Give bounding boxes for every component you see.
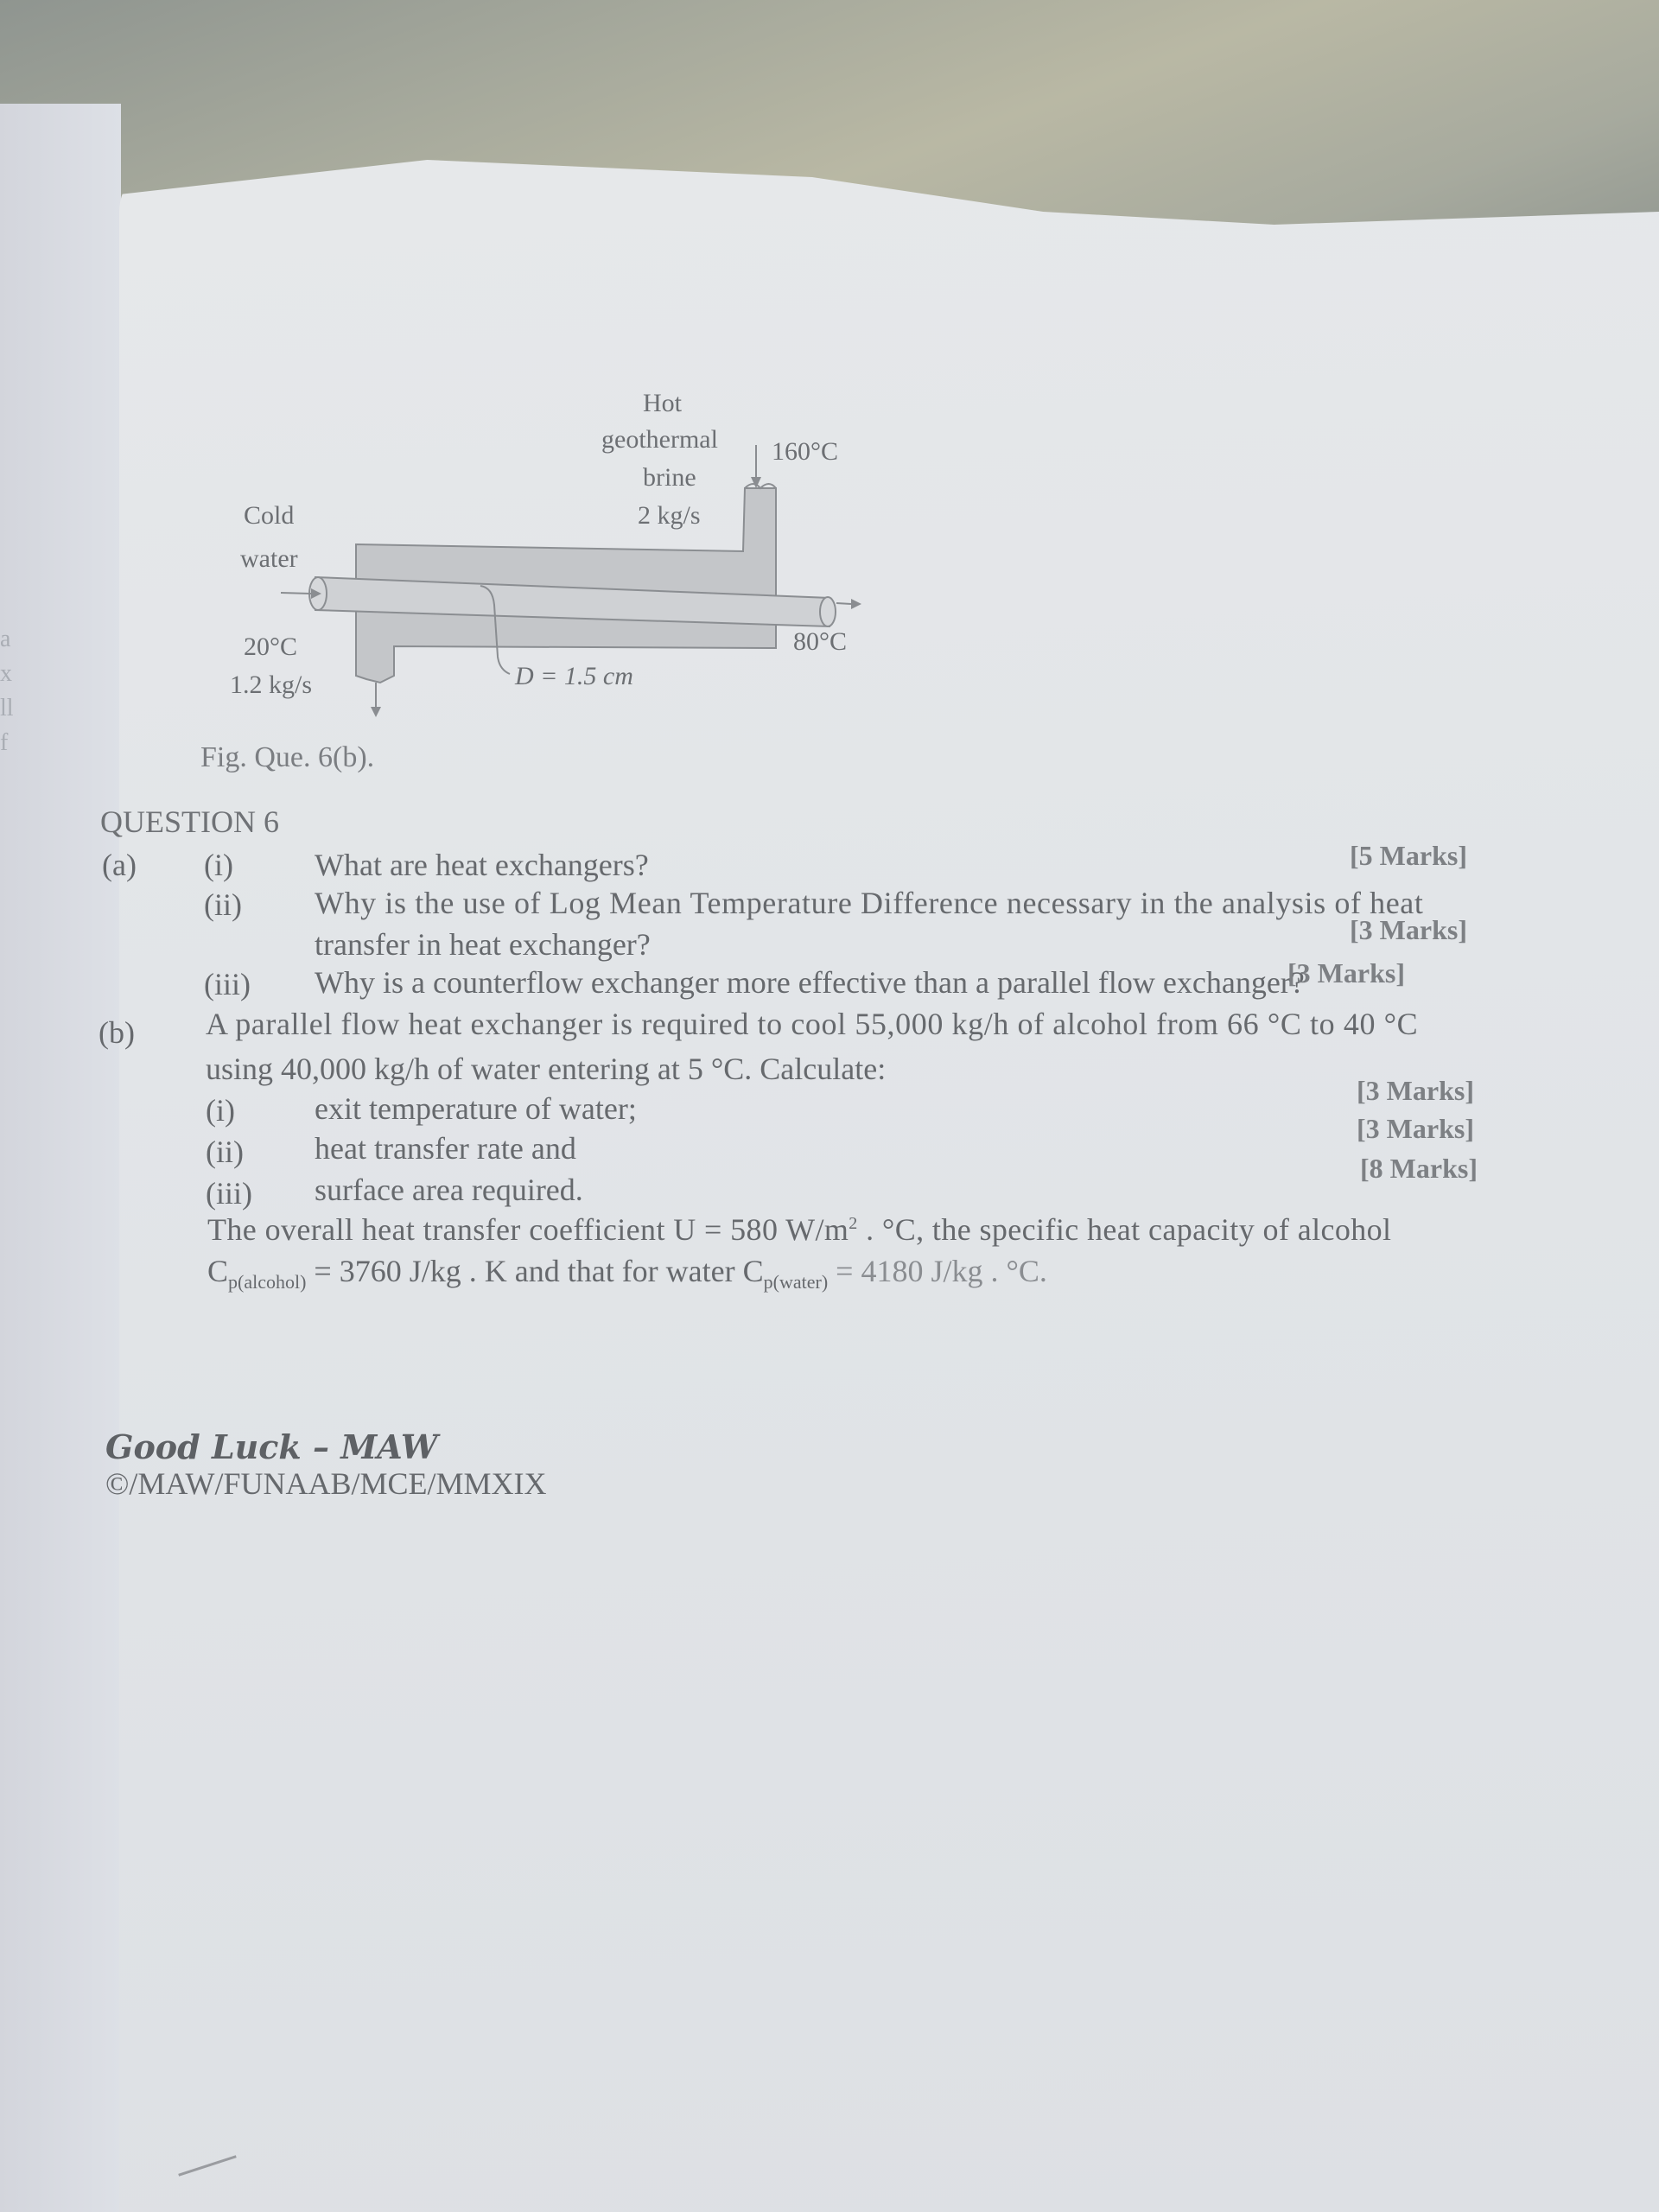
question-text: Why is a counterflow exchanger more effe… [315, 964, 1305, 1001]
hot-label: Hot [643, 389, 682, 418]
given-text: C [207, 1254, 228, 1288]
part-b-intro-continued: using 40,000 kg/h of water entering at 5… [206, 1051, 886, 1087]
marks-badge: [8 Marks] [1360, 1153, 1478, 1185]
cold-inlet-temp: 20°C [244, 632, 297, 662]
water-label: water [240, 544, 298, 574]
diameter-label: D = 1.5 cm [515, 662, 633, 691]
item-number: (iii) [204, 966, 251, 1002]
marks-badge: [3 Marks] [1357, 1075, 1474, 1107]
given-data-line-1: The overall heat transfer coefficient U … [207, 1211, 1391, 1248]
part-b-intro: A parallel flow heat exchanger is requir… [206, 1006, 1418, 1042]
hot-flow-rate: 2 kg/s [638, 501, 701, 531]
heat-exchanger-diagram: Hot geothermal brine 2 kg/s 160°C Cold w… [0, 0, 1659, 778]
subscript: (water) [773, 1271, 829, 1293]
subscript: p [764, 1271, 773, 1293]
hot-inlet-temp: 160°C [772, 437, 838, 467]
signoff: Good Luck – MAW [105, 1427, 438, 1466]
item-number: (ii) [204, 887, 242, 923]
superscript: 2 [849, 1214, 857, 1233]
cold-label: Cold [244, 501, 294, 531]
question-text: Why is the use of Log Mean Temperature D… [315, 885, 1424, 921]
item-number: (ii) [206, 1134, 244, 1170]
item-number: (i) [204, 847, 233, 883]
marks-badge: [3 Marks] [1350, 914, 1467, 946]
subscript: p [228, 1271, 238, 1293]
given-text: = 4180 J/kg . °C. [828, 1254, 1047, 1288]
question-text: surface area required. [315, 1172, 583, 1208]
copyright: ©/MAW/FUNAAB/MCE/MMXIX [105, 1465, 547, 1502]
question-text: heat transfer rate and [315, 1130, 576, 1166]
question-text-continued: transfer in heat exchanger? [315, 926, 651, 963]
item-number: (i) [206, 1092, 235, 1128]
item-number: (iii) [206, 1175, 252, 1211]
marks-badge: [3 Marks] [1357, 1113, 1474, 1145]
question-text: exit temperature of water; [315, 1090, 637, 1127]
outlet-temp: 80°C [793, 627, 847, 657]
geothermal-label: geothermal [601, 425, 718, 454]
marks-badge: [5 Marks] [1350, 840, 1467, 872]
cold-flow-rate: 1.2 kg/s [230, 671, 312, 700]
given-text: . °C, the specific heat capacity of alco… [858, 1212, 1392, 1247]
question-title: QUESTION 6 [100, 804, 279, 840]
given-text: = 3760 J/kg . K and that for water C [306, 1254, 763, 1288]
question-text: What are heat exchangers? [315, 847, 649, 883]
figure-caption: Fig. Que. 6(b). [200, 741, 374, 774]
part-a-label: (a) [102, 847, 137, 883]
subscript: (alcohol) [238, 1271, 306, 1293]
marks-badge: [3 Marks] [1287, 957, 1405, 989]
given-data-line-2: Cp(alcohol) = 3760 J/kg . K and that for… [207, 1253, 1047, 1294]
brine-label: brine [643, 463, 696, 493]
given-text: The overall heat transfer coefficient U … [207, 1212, 849, 1247]
part-b-label: (b) [99, 1014, 135, 1051]
